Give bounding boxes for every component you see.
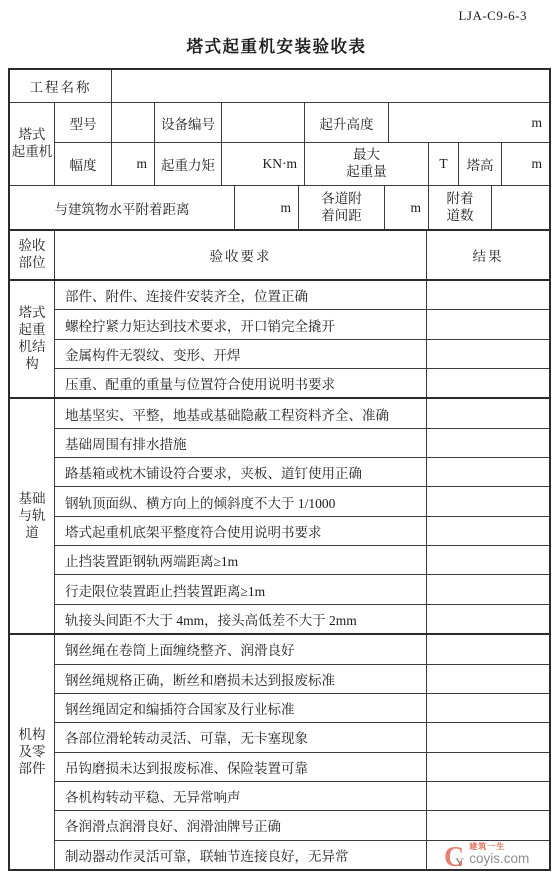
section-1: 塔式 起重 机结 构部件、附件、连接件安装齐全，位置正确螺栓拧紧力矩达到技术要求…	[10, 281, 549, 399]
requirement-text: 各部位滑轮转动灵活、可靠，无卡塞现象	[55, 723, 427, 751]
result-cell	[427, 753, 549, 781]
result-cell	[427, 665, 549, 693]
requirement-text: 各机构转动平稳、无异常响声	[55, 782, 427, 810]
page-title: 塔式起重机安装验收表	[0, 33, 553, 57]
result-cell	[427, 782, 549, 810]
result-cell	[427, 723, 549, 751]
radius-label: 幅度	[55, 143, 112, 185]
requirement-text: 路基箱或枕木铺设符合要求，夹板、道钉使用正确	[55, 458, 427, 486]
model-value-cell	[112, 103, 155, 142]
max-load-label: 最大 起重量	[305, 143, 429, 185]
attach-spacing-label: 各道附 着间距	[299, 186, 385, 229]
checklist-row: 制动器动作灵活可靠，联轴节连接良好，无异常	[55, 841, 549, 869]
checklist-row: 轨接头间距不大于 4mm，接头高低差不大于 2mm	[55, 605, 549, 633]
model-label: 型号	[55, 103, 112, 142]
requirement-text: 地基坚实、平整，地基或基础隐蔽工程资料齐全、准确	[55, 399, 427, 427]
attach-count-value-cell	[492, 186, 549, 229]
attach-distance-value-cell: m	[235, 186, 299, 229]
result-cell	[427, 546, 549, 574]
attach-distance-label: 与建筑物水平附着距离	[10, 186, 235, 229]
max-load-unit-cell: T	[429, 143, 459, 185]
checklist-row: 钢丝绳在卷筒上面缠绕整齐、润滑良好	[55, 635, 549, 664]
requirement-text: 钢丝绳规格正确，断丝和磨损未达到报废标准	[55, 665, 427, 693]
checklist-row: 止挡装置距钢轨两端距离≥1m	[55, 546, 549, 575]
attach-count-label: 附着 道数	[429, 186, 492, 229]
checklist-row: 部件、附件、连接件安装齐全，位置正确	[55, 281, 549, 310]
result-cell	[427, 369, 549, 397]
project-name-row: 工程名称	[10, 70, 549, 103]
acceptance-table: 工程名称 塔式 起重机 型号 设备编号 起升高度 m 幅度 m 起重力矩	[8, 68, 551, 871]
requirement-text: 金属构件无裂纹、变形、开焊	[55, 340, 427, 368]
crane-label: 塔式 起重机	[10, 103, 55, 185]
tower-height-value-cell: m	[502, 143, 549, 185]
checklist-row: 行走限位装置距止挡装置距离≥1m	[55, 575, 549, 604]
result-cell	[427, 841, 549, 869]
result-cell	[427, 429, 549, 457]
crane-params-row-1: 型号 设备编号 起升高度 m	[55, 103, 549, 143]
checklist-row: 塔式起重机底架平整度符合使用说明书要求	[55, 517, 549, 546]
attach-spacing-value-cell: m	[385, 186, 429, 229]
checklist-row: 基础周围有排水措施	[55, 429, 549, 458]
checklist-row: 路基箱或枕木铺设符合要求，夹板、道钉使用正确	[55, 458, 549, 487]
result-cell	[427, 310, 549, 338]
result-cell	[427, 605, 549, 633]
hoist-height-label: 起升高度	[305, 103, 389, 142]
attachment-row: 与建筑物水平附着距离 m 各道附 着间距 m 附着 道数	[10, 186, 549, 231]
requirement-text: 吊钩磨损未达到报废标准、保险装置可靠	[55, 753, 427, 781]
requirement-text: 制动器动作灵活可靠，联轴节连接良好，无异常	[55, 841, 427, 869]
requirement-text: 各润滑点润滑良好、润滑油牌号正确	[55, 811, 427, 839]
section-label: 塔式 起重 机结 构	[10, 281, 55, 397]
result-cell	[427, 340, 549, 368]
section-2: 基础 与轨 道地基坚实、平整，地基或基础隐蔽工程资料齐全、准确基础周围有排水措施…	[10, 399, 549, 635]
checklist-header-part: 验收 部位	[10, 231, 55, 279]
result-cell	[427, 635, 549, 663]
section-label: 基础 与轨 道	[10, 399, 55, 633]
section-rows: 部件、附件、连接件安装齐全，位置正确螺栓拧紧力矩达到技术要求，开口销完全撬开金属…	[55, 281, 549, 397]
section-rows: 钢丝绳在卷筒上面缠绕整齐、润滑良好钢丝绳规格正确，断丝和磨损未达到报废标准钢丝绳…	[55, 635, 549, 869]
result-cell	[427, 811, 549, 839]
checklist-row: 钢丝绳固定和编插符合国家及行业标准	[55, 694, 549, 723]
result-cell	[427, 399, 549, 427]
result-cell	[427, 575, 549, 603]
result-cell	[427, 694, 549, 722]
checklist-row: 地基坚实、平整，地基或基础隐蔽工程资料齐全、准确	[55, 399, 549, 428]
checklist-header-result: 结果	[427, 231, 549, 279]
section-label: 机构 及零 部件	[10, 635, 55, 869]
requirement-text: 螺栓拧紧力矩达到技术要求，开口销完全撬开	[55, 310, 427, 338]
equipment-no-label: 设备编号	[155, 103, 222, 142]
checklist-header-requirement: 验收要求	[55, 231, 427, 279]
result-cell	[427, 517, 549, 545]
requirement-text: 基础周围有排水措施	[55, 429, 427, 457]
crane-params-row-2: 幅度 m 起重力矩 KN·m 最大 起重量 T 塔高 m	[55, 143, 549, 185]
crane-params-subcol: 型号 设备编号 起升高度 m 幅度 m 起重力矩 KN·m 最大 起重量 T 塔…	[55, 103, 549, 185]
checklist-row: 金属构件无裂纹、变形、开焊	[55, 340, 549, 369]
result-cell	[427, 281, 549, 309]
checklist: 塔式 起重 机结 构部件、附件、连接件安装齐全，位置正确螺栓拧紧力矩达到技术要求…	[10, 281, 549, 869]
requirement-text: 塔式起重机底架平整度符合使用说明书要求	[55, 517, 427, 545]
checklist-row: 各部位滑轮转动灵活、可靠，无卡塞现象	[55, 723, 549, 752]
equipment-no-value-cell	[222, 103, 305, 142]
doc-number: LJA-C9-6-3	[458, 8, 527, 24]
checklist-row: 各润滑点润滑良好、润滑油牌号正确	[55, 811, 549, 840]
checklist-row: 钢轨顶面纵、横方向上的倾斜度不大于 1/1000	[55, 487, 549, 516]
radius-value-cell: m	[112, 143, 155, 185]
checklist-row: 压重、配重的重量与位置符合使用说明书要求	[55, 369, 549, 397]
checklist-header-row: 验收 部位 验收要求 结果	[10, 231, 549, 281]
requirement-text: 止挡装置距钢轨两端距离≥1m	[55, 546, 427, 574]
project-name-label: 工程名称	[10, 70, 112, 102]
requirement-text: 轨接头间距不大于 4mm，接头高低差不大于 2mm	[55, 605, 427, 633]
moment-value-cell: KN·m	[222, 143, 305, 185]
result-cell	[427, 458, 549, 486]
project-name-value-cell	[112, 70, 549, 102]
document-page: LJA-C9-6-3 塔式起重机安装验收表 工程名称 塔式 起重机 型号 设备编…	[0, 0, 553, 883]
requirement-text: 钢轨顶面纵、横方向上的倾斜度不大于 1/1000	[55, 487, 427, 515]
checklist-row: 钢丝绳规格正确，断丝和磨损未达到报废标准	[55, 665, 549, 694]
hoist-height-value-cell: m	[389, 103, 549, 142]
requirement-text: 部件、附件、连接件安装齐全，位置正确	[55, 281, 427, 309]
checklist-row: 吊钩磨损未达到报废标准、保险装置可靠	[55, 753, 549, 782]
checklist-row: 各机构转动平稳、无异常响声	[55, 782, 549, 811]
requirement-text: 行走限位装置距止挡装置距离≥1m	[55, 575, 427, 603]
moment-label: 起重力矩	[155, 143, 222, 185]
requirement-text: 钢丝绳固定和编插符合国家及行业标准	[55, 694, 427, 722]
section-3: 机构 及零 部件钢丝绳在卷筒上面缠绕整齐、润滑良好钢丝绳规格正确，断丝和磨损未达…	[10, 635, 549, 869]
requirement-text: 钢丝绳在卷筒上面缠绕整齐、润滑良好	[55, 635, 427, 663]
tower-height-label: 塔高	[459, 143, 502, 185]
requirement-text: 压重、配重的重量与位置符合使用说明书要求	[55, 369, 427, 397]
section-rows: 地基坚实、平整，地基或基础隐蔽工程资料齐全、准确基础周围有排水措施路基箱或枕木铺…	[55, 399, 549, 633]
result-cell	[427, 487, 549, 515]
checklist-row: 螺栓拧紧力矩达到技术要求，开口销完全撬开	[55, 310, 549, 339]
crane-params-rowgroup: 塔式 起重机 型号 设备编号 起升高度 m 幅度 m 起重力矩 KN·m 最大 …	[10, 103, 549, 186]
